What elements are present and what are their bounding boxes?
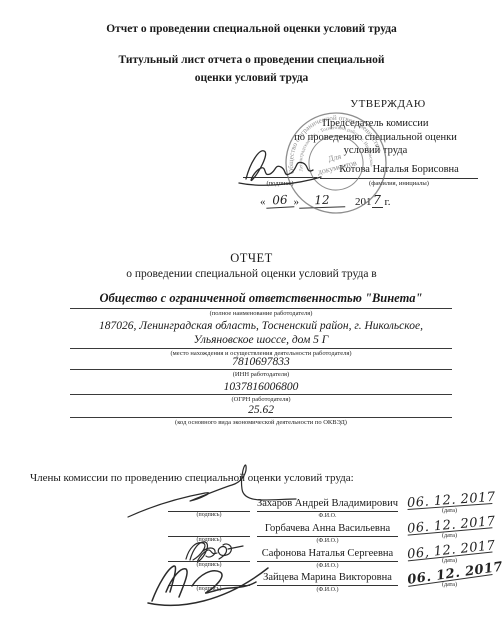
field-okved: 25.62 (код основного вида экономической …	[70, 404, 452, 426]
employer-name-value: Общество с ограниченной ответственностью…	[70, 291, 452, 309]
member-name: Зайцева Марина Викторовна	[257, 572, 398, 586]
member-name: Сафонова Наталья Сергеевна	[257, 548, 398, 562]
member-name-block: Зайцева Марина Викторовна (Ф.И.О.)	[257, 572, 398, 593]
member-date-handwritten: 06. 12. 2017	[407, 490, 493, 510]
member-name-block: Сафонова Наталья Сергеевна (Ф.И.О.)	[257, 548, 398, 569]
member-signature-caption: (подпись)	[168, 586, 250, 592]
quote-open: «	[260, 196, 266, 208]
okved-value: 25.62	[70, 404, 452, 418]
member-signature-line: (подпись)	[168, 498, 250, 512]
member-name-caption: (Ф.И.О.)	[257, 563, 398, 569]
field-employer-address: 187026, Ленинградская область, Тосненски…	[70, 320, 452, 357]
field-ogrn: 1037816006800 (ОГРН работодателя)	[70, 381, 452, 403]
member-date-block: 06, 12. 2017 (дата)	[407, 548, 492, 564]
okved-caption: (код основного вида экономической деятел…	[70, 419, 452, 426]
field-inn: 7810697833 (ИНН работодателя)	[70, 356, 452, 378]
member-date-block: 06. 12. 2017 (дата)	[407, 498, 492, 514]
member-name-block: Захаров Андрей Владимирович Ф.И.О.	[257, 498, 398, 519]
document-title: Отчет о проведении специальной оценки ус…	[0, 23, 503, 35]
member-date-block: 06. 12. 2017 (дата)	[407, 572, 492, 588]
ogrn-caption: (ОГРН работодателя)	[70, 396, 452, 403]
member-name-caption: (Ф.И.О.)	[257, 587, 398, 593]
commission-heading: Члены комиссии по проведению специальной…	[30, 472, 470, 484]
member-signature-line: (подпись)	[168, 523, 250, 537]
employer-name-caption: (полное наименование работодателя)	[70, 310, 452, 317]
ogrn-value: 1037816006800	[70, 381, 452, 395]
member-signature-caption: (подпись)	[168, 537, 250, 543]
document-subtitle-line1: Титульный лист отчета о проведении специ…	[0, 51, 503, 69]
member-name: Горбачева Анна Васильевна	[257, 523, 398, 537]
document-subtitle-line2: оценки условий труда	[0, 69, 503, 87]
member-date-block: 06. 12. 2017 (дата)	[407, 523, 492, 539]
report-subtitle: о проведении специальной оценки условий …	[0, 268, 503, 280]
report-title: ОТЧЕТ	[0, 251, 503, 266]
inn-value: 7810697833	[70, 356, 452, 370]
employer-address-line1: 187026, Ленинградская область, Тосненски…	[70, 320, 452, 334]
member-name: Захаров Андрей Владимирович	[257, 498, 398, 512]
employer-address-value: 187026, Ленинградская область, Тосненски…	[70, 320, 452, 349]
member-signature-caption: (подпись)	[168, 562, 250, 568]
member-signature-line: (подпись)	[168, 548, 250, 562]
scanned-report-page: Отчет о проведении специальной оценки ус…	[0, 0, 503, 644]
member-name-block: Горбачева Анна Васильевна (Ф.И.О.)	[257, 523, 398, 544]
employer-address-line2: Ульяновское шоссе, дом 5 Г	[70, 334, 452, 348]
member-signature-caption: (подпись)	[168, 512, 250, 518]
field-employer-name: Общество с ограниченной ответственностью…	[70, 291, 452, 317]
member-signature-line: (подпись)	[168, 572, 250, 586]
inn-caption: (ИНН работодателя)	[70, 371, 452, 378]
document-subtitle: Титульный лист отчета о проведении специ…	[0, 51, 503, 87]
member-name-caption: (Ф.И.О.)	[257, 538, 398, 544]
member-name-caption: Ф.И.О.	[257, 513, 398, 519]
